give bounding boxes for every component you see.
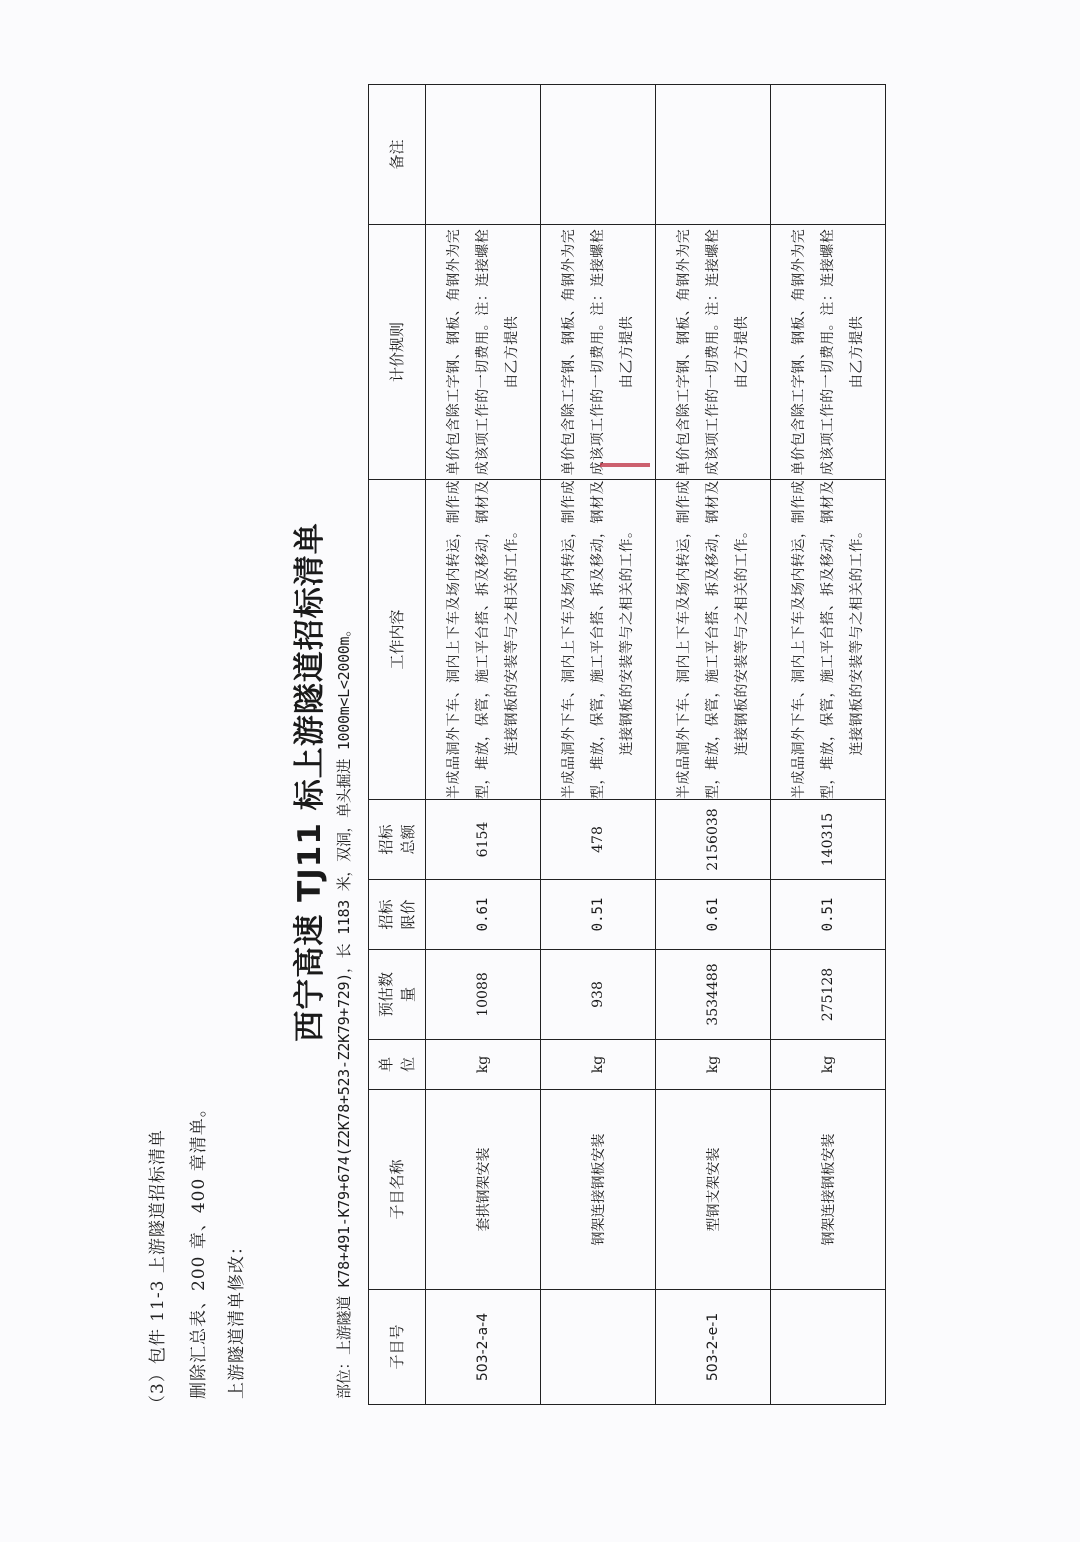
cell-name: 钢架连接钢板安装 xyxy=(541,1090,656,1290)
cell-total: 6154 xyxy=(426,800,541,880)
table-row: 钢架连接钢板安装 kg 938 0.51 478 半成品洞外下车、洞内上下车及场… xyxy=(541,85,656,1405)
scan-edge-mark xyxy=(600,463,650,467)
header-name: 子目名称 xyxy=(369,1090,426,1290)
cell-remark xyxy=(541,85,656,225)
cell-name: 型钢支架安装 xyxy=(656,1090,771,1290)
cell-work-content: 半成品洞外下车、洞内上下车及场内转运，制作成型，堆放，保管，施工平台搭、拆及移动… xyxy=(656,480,771,800)
cell-unit: kg xyxy=(656,1040,771,1090)
header-unit: 单位 xyxy=(369,1040,426,1090)
header-price: 招标限价 xyxy=(369,880,426,950)
header-rule: 计价规则 xyxy=(369,225,426,480)
cell-code xyxy=(771,1290,886,1405)
cell-work-content: 半成品洞外下车、洞内上下车及场内转运，制作成型，堆放，保管，施工平台搭、拆及移动… xyxy=(541,480,656,800)
deletion-note: 删除汇总表、200 章、400 章清单。 xyxy=(184,1099,209,1399)
cell-name: 钢架连接钢板安装 xyxy=(771,1090,886,1290)
header-work: 工作内容 xyxy=(369,480,426,800)
cell-pricing-rule: 单价包含除工字钢、钢板、角钢外为完成该项工作的一切费用。注：连接螺栓由乙方提供 xyxy=(656,225,771,480)
cell-code xyxy=(541,1290,656,1405)
document-title: 西宁高速 TJ11 标上游隧道招标清单 xyxy=(284,422,329,1142)
cell-pricing-rule: 单价包含除工字钢、钢板、角钢外为完成该项工作的一切费用。注：连接螺栓由乙方提供 xyxy=(426,225,541,480)
cell-price: 0.51 xyxy=(541,880,656,950)
section-heading: （3）包件 11-3 上游隧道招标清单 xyxy=(143,1129,168,1412)
cell-pricing-rule: 单价包含除工字钢、钢板、角钢外为完成该项工作的一切费用。注：连接螺栓由乙方提供 xyxy=(541,225,656,480)
cell-qty: 275128 xyxy=(771,950,886,1040)
cell-qty: 10088 xyxy=(426,950,541,1040)
cell-qty: 3534488 xyxy=(656,950,771,1040)
table-row: 钢架连接钢板安装 kg 275128 0.51 140315 半成品洞外下车、洞… xyxy=(771,85,886,1405)
header-remark: 备注 xyxy=(369,85,426,225)
header-code: 子目号 xyxy=(369,1290,426,1405)
cell-code: 503-2-e-1 xyxy=(656,1290,771,1405)
cell-total: 2156038 xyxy=(656,800,771,880)
cell-remark xyxy=(656,85,771,225)
cell-remark xyxy=(771,85,886,225)
cell-price: 0.51 xyxy=(771,880,886,950)
cell-qty: 938 xyxy=(541,950,656,1040)
cell-name: 套拱钢架安装 xyxy=(426,1090,541,1290)
table-header-row: 子目号 子目名称 单位 预估数量 招标限价 招标总额 工作内容 计价规则 备注 xyxy=(369,85,426,1405)
cell-work-content: 半成品洞外下车、洞内上下车及场内转运，制作成型，堆放，保管，施工平台搭、拆及移动… xyxy=(426,480,541,800)
cell-pricing-rule: 单价包含除工字钢、钢板、角钢外为完成该项工作的一切费用。注：连接螺栓由乙方提供 xyxy=(771,225,886,480)
cell-remark xyxy=(426,85,541,225)
location-text: 上游隧道 K78+491-K79+674(Z2K78+523-Z2K79+729… xyxy=(335,622,353,1355)
modification-note: 上游隧道清单修改： xyxy=(222,1237,247,1399)
cell-total: 478 xyxy=(541,800,656,880)
cell-total: 140315 xyxy=(771,800,886,880)
cell-unit: kg xyxy=(426,1040,541,1090)
document-page: （3）包件 11-3 上游隧道招标清单 删除汇总表、200 章、400 章清单。… xyxy=(0,0,1080,1542)
cell-unit: kg xyxy=(771,1040,886,1090)
location-label: 部位： xyxy=(335,1355,353,1399)
header-total: 招标总额 xyxy=(369,800,426,880)
table-row: 503-2-a-4 套拱钢架安装 kg 10088 0.61 6154 半成品洞… xyxy=(426,85,541,1405)
cell-work-content: 半成品洞外下车、洞内上下车及场内转运，制作成型，堆放，保管，施工平台搭、拆及移动… xyxy=(771,480,886,800)
cell-price: 0.61 xyxy=(656,880,771,950)
cell-unit: kg xyxy=(541,1040,656,1090)
cell-price: 0.61 xyxy=(426,880,541,950)
location-line: 部位：上游隧道 K78+491-K79+674(Z2K78+523-Z2K79+… xyxy=(333,622,354,1399)
cell-code: 503-2-a-4 xyxy=(426,1290,541,1405)
header-qty: 预估数量 xyxy=(369,950,426,1040)
table-row: 503-2-e-1 型钢支架安装 kg 3534488 0.61 2156038… xyxy=(656,85,771,1405)
bid-bill-table: 子目号 子目名称 单位 预估数量 招标限价 招标总额 工作内容 计价规则 备注 … xyxy=(368,84,886,1405)
